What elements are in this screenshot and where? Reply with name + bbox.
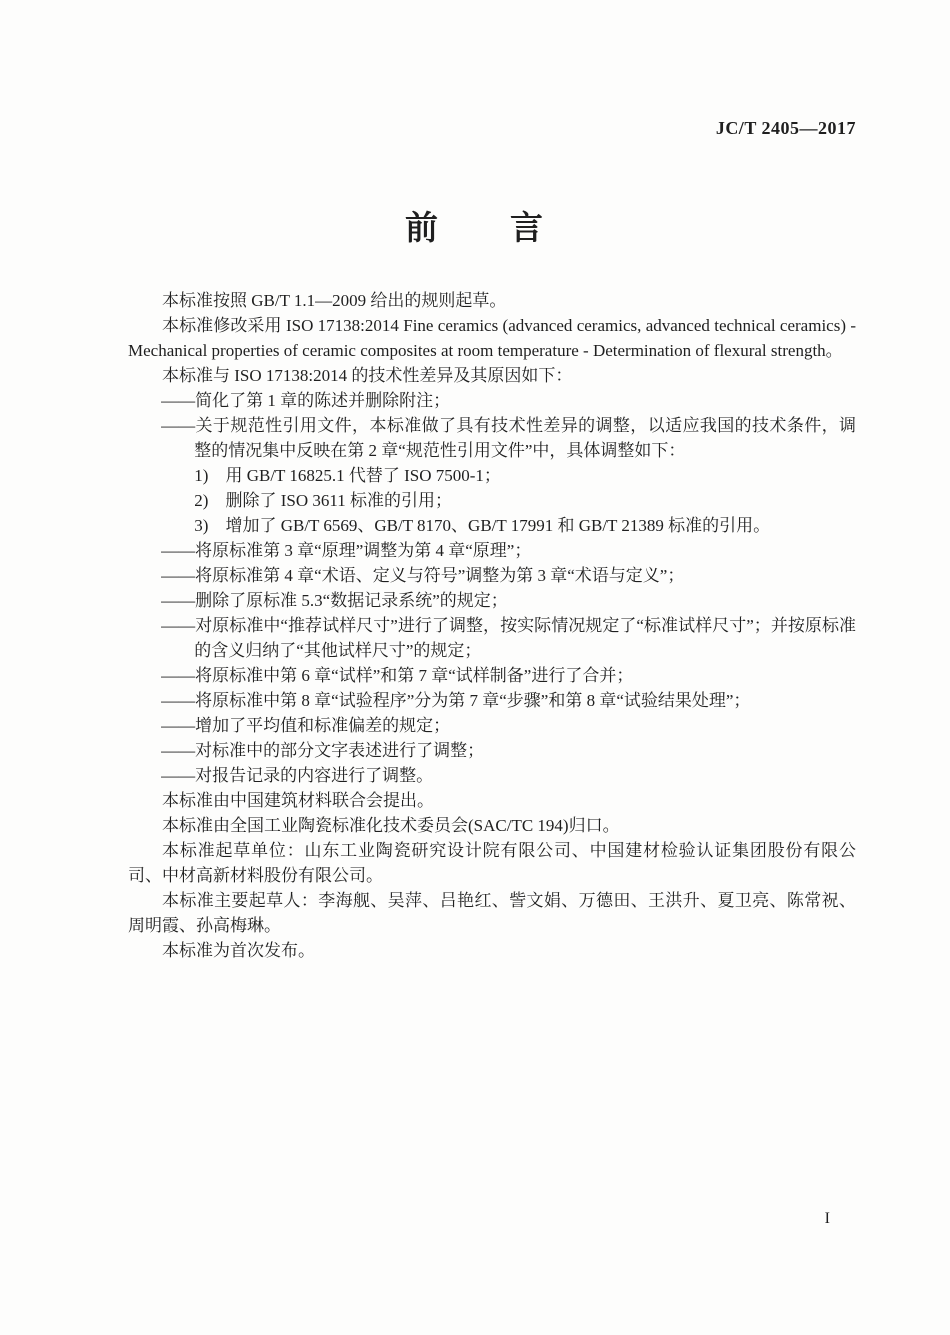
foreword-paragraph: 本标准主要起草人：李海舰、吴萍、吕艳红、訾文娟、万德田、王洪升、夏卫亮、陈常祝、… xyxy=(128,888,856,938)
foreword-numbered-item: 1) 用 GB/T 16825.1 代替了 ISO 7500-1； xyxy=(194,463,856,488)
foreword-dash-item: ——增加了平均值和标准偏差的规定； xyxy=(194,713,856,738)
foreword-dash-item: ——对原标准中“推荐试样尺寸”进行了调整，按实际情况规定了“标准试样尺寸”；并按… xyxy=(194,613,856,663)
foreword-paragraph: 本标准为首次发布。 xyxy=(128,938,856,963)
foreword-dash-item: ——将原标准中第 6 章“试样”和第 7 章“试样制备”进行了合并； xyxy=(194,663,856,688)
foreword-dash-item: ——将原标准第 3 章“原理”调整为第 4 章“原理”； xyxy=(194,538,856,563)
foreword-dash-item: ——将原标准中第 8 章“试验程序”分为第 7 章“步骤”和第 8 章“试验结果… xyxy=(194,688,856,713)
foreword-paragraph: 本标准由中国建筑材料联合会提出。 xyxy=(128,788,856,813)
page-title: 前 言 xyxy=(0,202,950,249)
standard-number-header: JC/T 2405—2017 xyxy=(716,118,856,139)
foreword-dash-item: ——删除了原标准 5.3“数据记录系统”的规定； xyxy=(194,588,856,613)
document-page: JC/T 2405—2017 前 言 本标准按照 GB/T 1.1—2009 给… xyxy=(0,0,950,1335)
foreword-paragraph: 本标准由全国工业陶瓷标准化技术委员会(SAC/TC 194)归口。 xyxy=(128,813,856,838)
foreword-numbered-item: 2) 删除了 ISO 3611 标准的引用； xyxy=(194,488,856,513)
foreword-paragraph: 本标准起草单位：山东工业陶瓷研究设计院有限公司、中国建材检验认证集团股份有限公司… xyxy=(128,838,856,888)
foreword-dash-item: ——对报告记录的内容进行了调整。 xyxy=(194,763,856,788)
foreword-paragraph: 本标准按照 GB/T 1.1—2009 给出的规则起草。 xyxy=(128,288,856,313)
foreword-dash-item: ——简化了第 1 章的陈述并删除附注； xyxy=(194,388,856,413)
foreword-numbered-item: 3) 增加了 GB/T 6569、GB/T 8170、GB/T 17991 和 … xyxy=(194,513,856,538)
foreword-paragraph: 本标准修改采用 ISO 17138:2014 Fine ceramics (ad… xyxy=(128,313,856,363)
page-number: I xyxy=(825,1210,830,1228)
foreword-dash-item: ——关于规范性引用文件，本标准做了具有技术性差异的调整，以适应我国的技术条件，调… xyxy=(194,413,856,463)
foreword-dash-item: ——对标准中的部分文字表述进行了调整； xyxy=(194,738,856,763)
foreword-dash-item: ——将原标准第 4 章“术语、定义与符号”调整为第 3 章“术语与定义”； xyxy=(194,563,856,588)
foreword-content: 本标准按照 GB/T 1.1—2009 给出的规则起草。 本标准修改采用 ISO… xyxy=(128,288,856,963)
foreword-paragraph: 本标准与 ISO 17138:2014 的技术性差异及其原因如下： xyxy=(128,363,856,388)
